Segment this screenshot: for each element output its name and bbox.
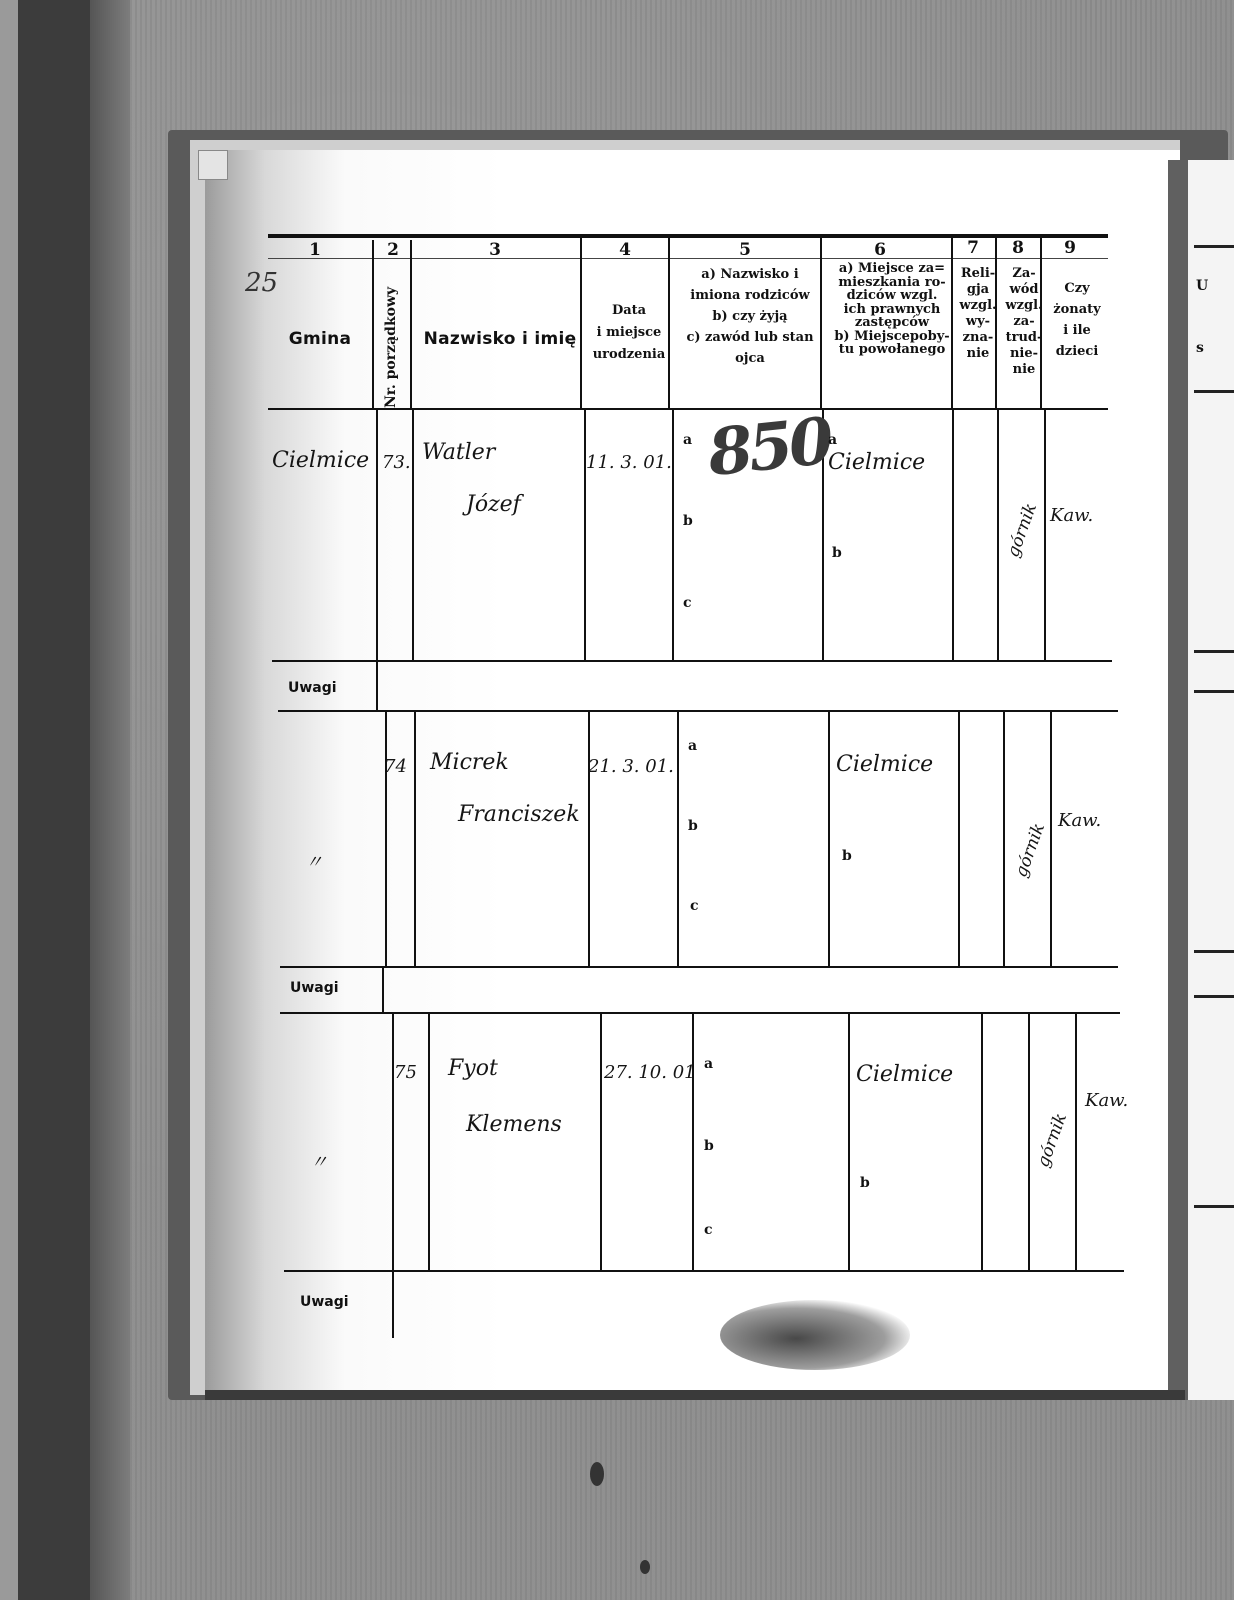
header-gmina: Gmina [285,332,355,347]
col-number: 6 [870,240,890,260]
ink-blot [720,1300,910,1370]
entry-residence: Cielmice [836,752,933,777]
col-number: 1 [305,240,325,260]
stain [640,1560,650,1574]
entry-birth-date: 21. 3. 01. [588,756,674,777]
entry-given-name: Józef [466,492,521,517]
book-spine [1168,160,1188,1400]
header-bottom-rule [268,408,1108,410]
facing-page-fragment: s [1196,340,1204,356]
header-parents: a) Nazwisko i imiona rodziców b) czy żyj… [676,264,824,369]
remarks-label: Uwagi [290,980,339,996]
entry-married: Kaw. [1050,505,1093,526]
scan-edge [0,0,18,1600]
remarks-label: Uwagi [288,680,337,696]
entry-birth-date: 11. 3. 01. [586,452,672,473]
col-number: 5 [735,240,755,260]
header-married: Czy żonaty i ile dzieci [1046,278,1108,362]
entry-married: Kaw. [1085,1090,1128,1111]
entry-birth-date: 27. 10. 01 [604,1062,696,1083]
stain [590,1462,604,1486]
header-residence: a) Miejsce za= mieszkania ro- dziców wzg… [828,262,956,357]
entry-surname: Fyot [448,1056,498,1081]
binding-shadow-gradient [90,0,130,1600]
entry-married: Kaw. [1058,810,1101,831]
header-nr-porzadkowy: Nr. porządkowy [383,287,399,408]
entry-number: 75 [394,1062,417,1083]
facing-page: U s [1188,160,1234,1400]
entry-residence: Cielmice [828,450,925,475]
entry-surname: Watler [422,440,495,465]
facing-page-fragment: U [1196,278,1208,294]
col-number: 4 [615,240,635,260]
header-nazwisko-imie: Nazwisko i imię [420,332,580,347]
remarks-label: Uwagi [300,1294,349,1310]
binding-shadow [18,0,90,1600]
entry-surname: Micrek [430,750,509,775]
entry-residence: Cielmice [856,1062,953,1087]
col-number: 7 [963,238,983,258]
entry-gmina: Cielmice [272,448,369,473]
handwritten-page-number: 25 [245,268,278,298]
page-tab [198,150,228,180]
entry-number: 73. [382,452,411,473]
page-bottom-shadow [205,1390,1185,1400]
header-birth: Data i miejsce urodzenia [588,300,670,366]
stamp-number: 850 [704,404,833,491]
entry-gmina-ditto: 〃 [305,848,323,874]
entry-given-name: Franciszek [458,802,580,827]
entry-number: 74 [384,756,407,777]
col-number: 2 [383,240,403,260]
entry-given-name: Klemens [466,1112,562,1137]
col-number: 9 [1060,238,1080,258]
col-number: 3 [485,240,505,260]
col-number: 8 [1008,238,1028,258]
header-religion: Reli- gja wzgl. wy- zna- nie [958,266,998,362]
entry-gmina-ditto: 〃 [310,1148,328,1174]
